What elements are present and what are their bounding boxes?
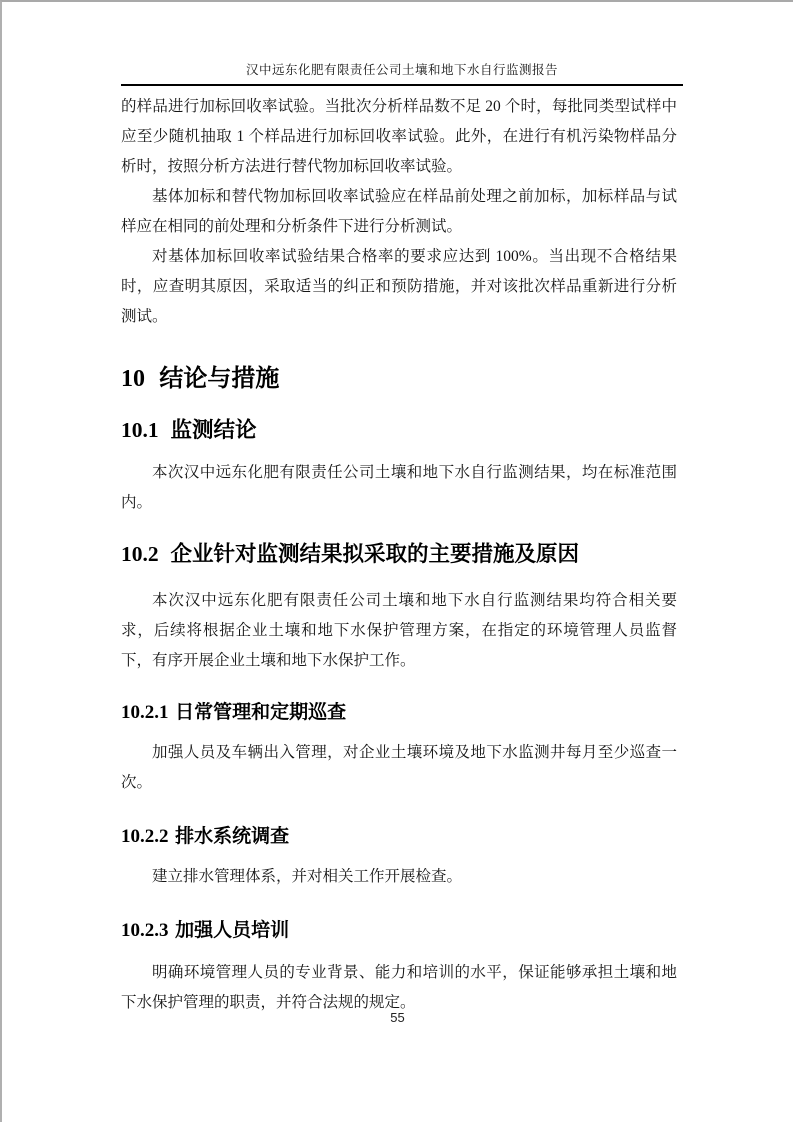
page-footer: 55 [2,1010,793,1025]
paragraph-10-2-2: 建立排水管理体系，并对相关工作开展检查。 [121,862,677,892]
heading-10-2-1: 10.2.1日常管理和定期巡查 [121,700,677,726]
heading-10-2-3: 10.2.3加强人员培训 [121,918,677,944]
heading-10-1-title: 监测结论 [170,418,256,442]
paragraph-spike-method: 基体加标和替代物加标回收率试验应在样品前处理之前加标，加标样品与试样应在相同的前… [121,182,677,242]
heading-10-2: 10.2企业针对监测结果拟采取的主要措施及原因 [121,540,677,568]
heading-10-2-2-title: 排水系统调查 [175,826,289,847]
heading-10-title: 结论与措施 [159,366,279,392]
heading-10-2-2: 10.2.2排水系统调查 [121,824,677,850]
heading-10-2-3-number: 10.2.3 [121,920,169,941]
page-number: 55 [390,1010,404,1025]
heading-10-2-1-title: 日常管理和定期巡查 [175,702,346,723]
heading-10-1: 10.1监测结论 [121,416,677,444]
page-header: 汉中远东化肥有限责任公司土壤和地下水自行监测报告 [2,2,793,86]
heading-10-2-number: 10.2 [121,542,159,566]
header-title: 汉中远东化肥有限责任公司土壤和地下水自行监测报告 [121,62,683,86]
heading-10-2-3-title: 加强人员培训 [175,920,289,941]
heading-10-1-number: 10.1 [121,418,159,442]
paragraph-10-2-1: 加强人员及车辆出入管理，对企业土壤环境及地下水监测井每月至少巡查一次。 [121,738,677,798]
heading-10-2-title: 企业针对监测结果拟采取的主要措施及原因 [170,542,579,566]
heading-10-2-2-number: 10.2.2 [121,826,169,847]
paragraph-continuation: 的样品进行加标回收率试验。当批次分析样品数不足 20 个时，每批同类型试样中应至… [121,92,677,182]
heading-10-number: 10 [121,366,145,392]
heading-10-2-1-number: 10.2.1 [121,702,169,723]
paragraph-10-2: 本次汉中远东化肥有限责任公司土壤和地下水自行监测结果均符合相关要求，后续将根据企… [121,586,677,676]
page-content: 的样品进行加标回收率试验。当批次分析样品数不足 20 个时，每批同类型试样中应至… [2,92,793,1018]
heading-10: 10结论与措施 [121,364,677,394]
paragraph-10-2-3: 明确环境管理人员的专业背景、能力和培训的水平，保证能够承担土壤和地下水保护管理的… [121,958,677,1018]
paragraph-pass-rate: 对基体加标回收率试验结果合格率的要求应达到 100%。当出现不合格结果时，应查明… [121,242,677,332]
paragraph-10-1: 本次汉中远东化肥有限责任公司土壤和地下水自行监测结果，均在标准范围内。 [121,458,677,518]
document-page: 汉中远东化肥有限责任公司土壤和地下水自行监测报告 的样品进行加标回收率试验。当批… [0,0,793,1122]
